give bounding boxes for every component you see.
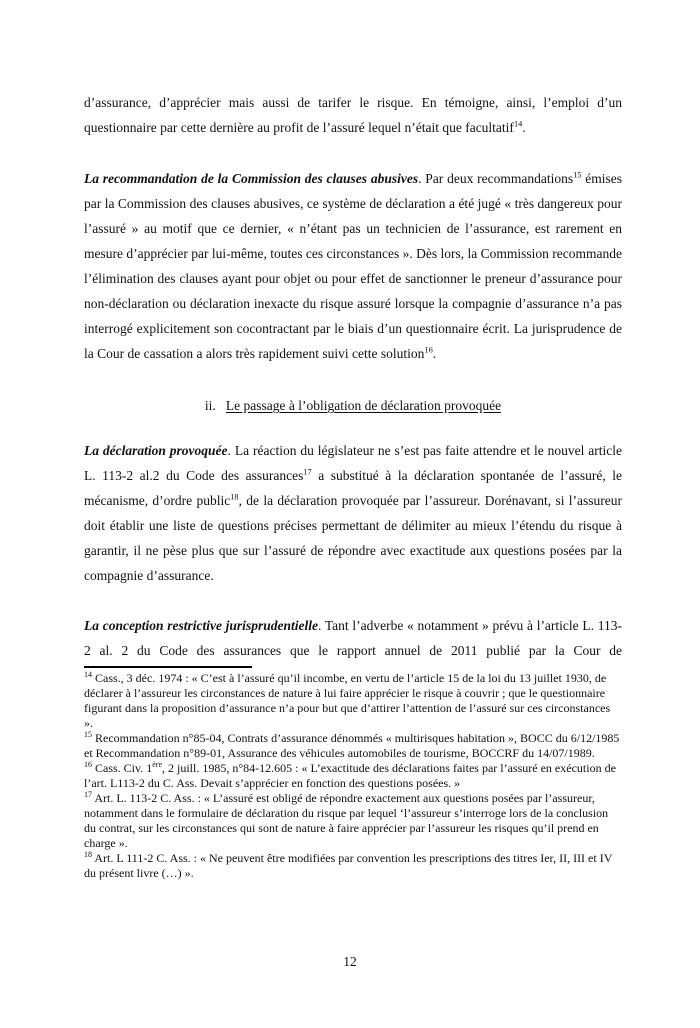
- footnote-15: 15 Recommandation n°85-04, Contrats d’as…: [84, 731, 622, 761]
- footnotes-section: 14 Cass., 3 déc. 1974 : « C’est à l’assu…: [84, 671, 622, 881]
- section-heading: ii. Le passage à l’obligation de déclara…: [84, 393, 622, 418]
- footnote-17: 17 Art. L. 113-2 C. Ass. : « L’assuré es…: [84, 791, 622, 851]
- paragraph-intro-continuation: d’assurance, d’apprécier mais aussi de t…: [84, 90, 622, 140]
- paragraph-recommandation-commission: La recommandation de la Commission des c…: [84, 166, 622, 366]
- document-page: d’assurance, d’apprécier mais aussi de t…: [0, 0, 700, 1028]
- paragraph-declaration-provoquee: La déclaration provoquée. La réaction du…: [84, 438, 622, 588]
- footnote-separator: [84, 666, 252, 668]
- paragraph-conception-restrictive: La conception restrictive jurisprudentie…: [84, 613, 622, 663]
- footnote-18: 18 Art. L 111-2 C. Ass. : « Ne peuvent ê…: [84, 851, 622, 881]
- page-number: 12: [0, 954, 700, 970]
- page-body: d’assurance, d’apprécier mais aussi de t…: [84, 90, 622, 663]
- footnote-14: 14 Cass., 3 déc. 1974 : « C’est à l’assu…: [84, 671, 622, 731]
- footnote-16: 16 Cass. Civ. 1ère, 2 juill. 1985, n°84-…: [84, 761, 622, 791]
